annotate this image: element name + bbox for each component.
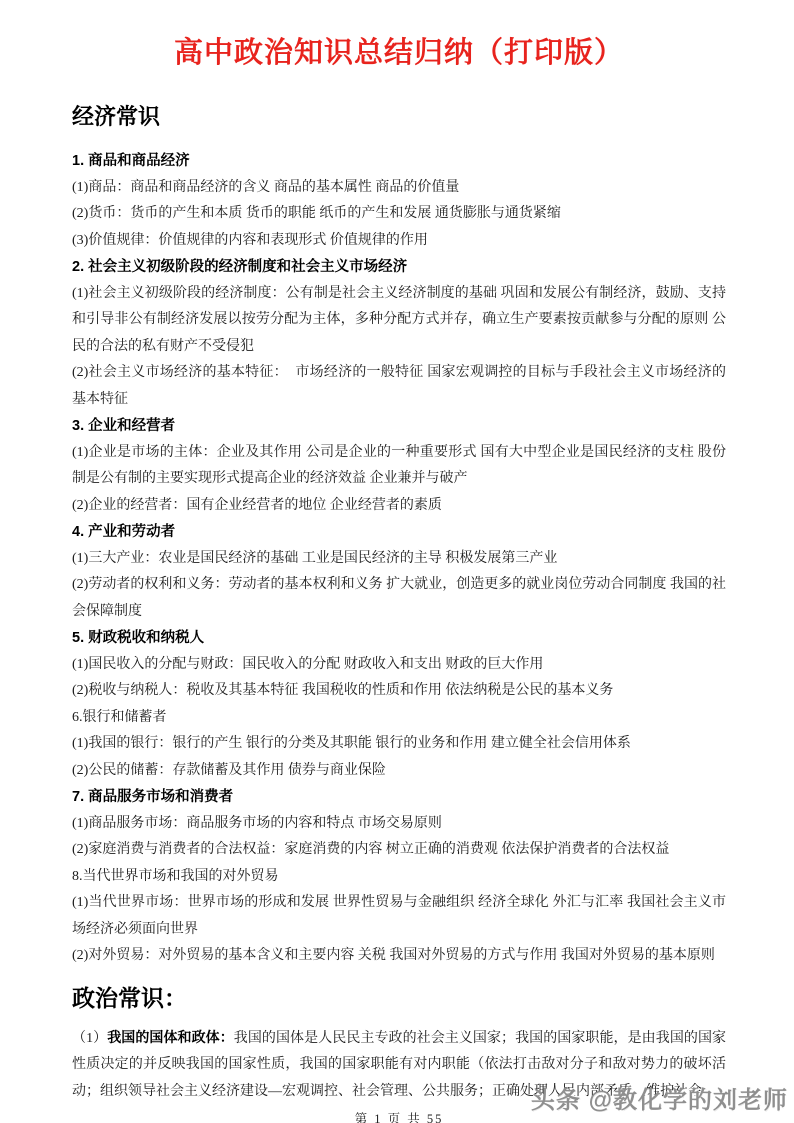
topic-detail: (1)国民收入的分配与财政：国民收入的分配 财政收入和支出 财政的巨大作用 xyxy=(72,652,726,679)
document-page: 高中政治知识总结归纳（打印版） 经济常识 1. 商品和商品经济(1)商品：商品和… xyxy=(72,0,726,1123)
topic-detail: (2)货币：货币的产生和本质 货币的职能 纸币的产生和发展 通货膨胀与通货紧缩 xyxy=(72,201,726,228)
politics-item-lead: 我国的国体和政体： xyxy=(107,1029,234,1045)
topic-heading: 2. 社会主义初级阶段的经济制度和社会主义市场经济 xyxy=(72,254,726,281)
topic-detail: (1)当代世界市场：世界市场的形成和发展 世界性贸易与金融组织 经济全球化 外汇… xyxy=(72,890,726,943)
topic-detail: (2)劳动者的权利和义务：劳动者的基本权利和义务 扩大就业，创造更多的就业岗位劳… xyxy=(72,572,726,625)
topic-detail: (2)税收与纳税人：税收及其基本特征 我国税收的性质和作用 依法纳税是公民的基本… xyxy=(72,678,726,705)
politics-heading: 政治常识： xyxy=(72,985,726,1012)
topic-detail: 6.银行和储蓄者 xyxy=(72,705,726,732)
topic-detail: (2)企业的经营者：国有企业经营者的地位 企业经营者的素质 xyxy=(72,493,726,520)
topic-detail: 8.当代世界市场和我国的对外贸易 xyxy=(72,864,726,891)
topic-detail: (1)企业是市场的主体：企业及其作用 公司是企业的一种重要形式 国有大中型企业是… xyxy=(72,440,726,493)
topic-heading: 4. 产业和劳动者 xyxy=(72,519,726,546)
economics-section: 经济常识 1. 商品和商品经济(1)商品：商品和商品经济的含义 商品的基本属性 … xyxy=(72,104,726,970)
topic-heading: 3. 企业和经营者 xyxy=(72,413,726,440)
topic-heading: 1. 商品和商品经济 xyxy=(72,148,726,175)
topic-detail: (2)公民的储蓄：存款储蓄及其作用 债券与商业保险 xyxy=(72,758,726,785)
topic-detail: (2)社会主义市场经济的基本特征： 市场经济的一般特征 国家宏观调控的目标与手段… xyxy=(72,360,726,413)
economics-heading: 经济常识 xyxy=(72,104,726,130)
topic-detail: (1)商品：商品和商品经济的含义 商品的基本属性 商品的价值量 xyxy=(72,175,726,202)
topic-detail: (2)对外贸易：对外贸易的基本含义和主要内容 关税 我国对外贸易的方式与作用 我… xyxy=(72,943,726,970)
topic-heading: 5. 财政税收和纳税人 xyxy=(72,625,726,652)
topic-detail: (1)社会主义初级阶段的经济制度：公有制是社会主义经济制度的基础 巩固和发展公有… xyxy=(72,281,726,361)
topic-detail: (3)价值规律：价值规律的内容和表现形式 价值规律的作用 xyxy=(72,228,726,255)
politics-item-number: （1） xyxy=(72,1031,107,1046)
page-title: 高中政治知识总结归纳（打印版） xyxy=(72,36,726,70)
topic-detail: (1)商品服务市场：商品服务市场的内容和特点 市场交易原则 xyxy=(72,811,726,838)
topic-detail: (2)家庭消费与消费者的合法权益：家庭消费的内容 树立正确的消费观 依法保护消费… xyxy=(72,837,726,864)
topic-detail: (1)我国的银行：银行的产生 银行的分类及其职能 银行的业务和作用 建立健全社会… xyxy=(72,731,726,758)
economics-list: 1. 商品和商品经济(1)商品：商品和商品经济的含义 商品的基本属性 商品的价值… xyxy=(72,148,726,970)
topic-heading: 7. 商品服务市场和消费者 xyxy=(72,784,726,811)
watermark: 头条 @教化学的刘老师 xyxy=(531,1080,788,1115)
topic-detail: (1)三大产业：农业是国民经济的基础 工业是国民经济的主导 积极发展第三产业 xyxy=(72,546,726,573)
